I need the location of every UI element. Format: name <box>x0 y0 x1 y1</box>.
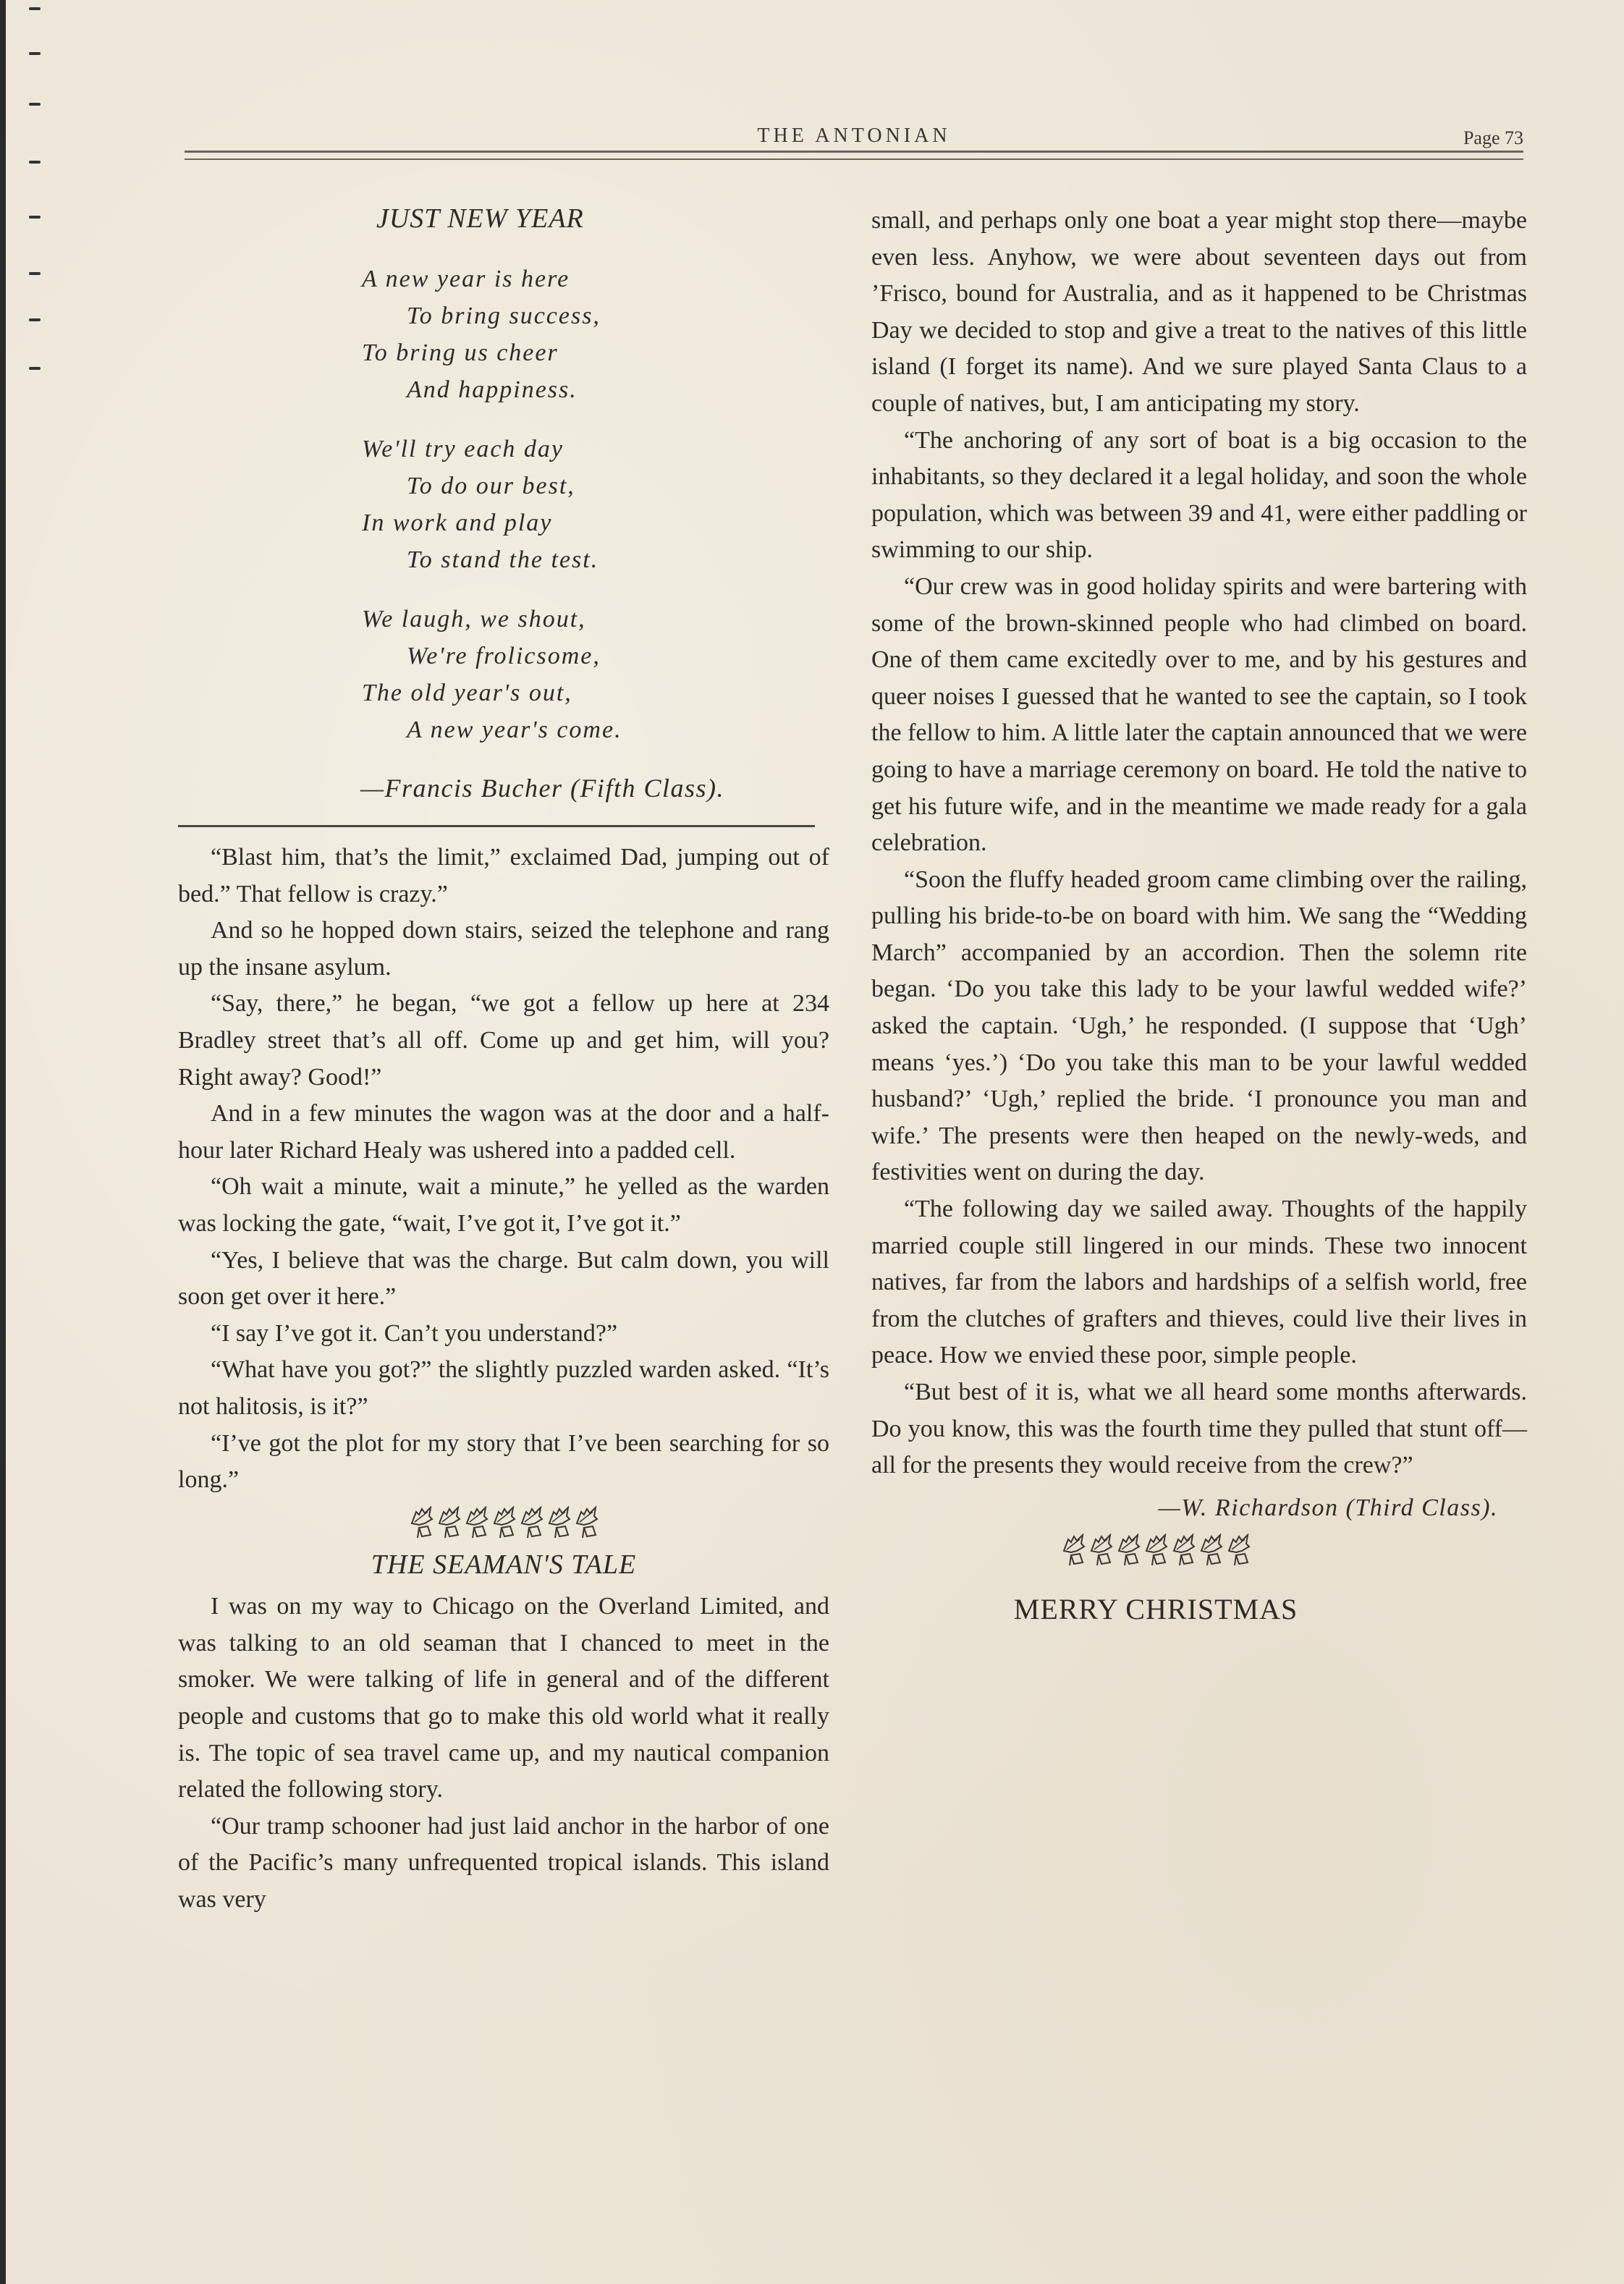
story-paragraph: “I’ve got the plot for my story that I’v… <box>178 1426 829 1499</box>
binding-edge <box>0 0 6 2284</box>
binding-hole-mark <box>29 272 41 275</box>
story-paragraph: And so he hopped down stairs, seized the… <box>178 913 829 986</box>
poem-line: We're frolicsome, <box>362 638 622 674</box>
publication-title: THE ANTONIAN <box>185 124 1523 148</box>
story-paragraph: I was on my way to Chicago on the Overla… <box>178 1589 829 1809</box>
binding-hole-mark <box>29 318 41 321</box>
poem-title: JUST NEW YEAR <box>376 203 584 234</box>
binding-hole-mark <box>29 52 41 55</box>
binding-hole-mark <box>29 161 41 164</box>
holly-leaf-icon <box>436 1506 461 1539</box>
story-attribution: —W. Richardson (Third Class). <box>871 1490 1527 1527</box>
holly-leaf-icon <box>519 1506 544 1539</box>
binding-hole-mark <box>29 216 41 219</box>
holly-leaf-icon <box>574 1506 599 1539</box>
poem-line: The old year's out, <box>362 674 622 711</box>
holly-leaf-icon <box>1143 1534 1168 1567</box>
poem-line: To bring us cheer <box>362 334 622 371</box>
story-paragraph: “Soon the fluffy headed groom came climb… <box>871 862 1527 1191</box>
poem-line: To do our best, <box>362 468 622 504</box>
closing-greeting: MERRY CHRISTMAS <box>871 1591 1527 1628</box>
section-divider <box>178 825 815 827</box>
holly-leaf-icon <box>546 1506 571 1539</box>
binding-hole-mark <box>29 7 41 10</box>
story-paragraph: “Our tramp schooner had just laid anchor… <box>178 1809 829 1919</box>
binding-hole-mark <box>29 367 41 370</box>
holly-leaf-icon <box>1226 1534 1251 1567</box>
header-rule <box>185 151 1523 160</box>
holly-leaf-icon <box>1198 1534 1223 1567</box>
holly-leaf-icon <box>1116 1534 1141 1567</box>
story-paragraph: “Say, there,” he began, “we got a fellow… <box>178 986 829 1096</box>
poem-line: We'll try each day <box>362 431 622 468</box>
story-paragraph-continued: small, and perhaps only one boat a year … <box>871 203 1527 423</box>
holly-leaf-icon <box>491 1506 516 1539</box>
story-paragraph: “What have you got?” the slightly puzzle… <box>178 1352 829 1425</box>
poem-line: A new year is here <box>362 261 622 297</box>
holly-ornament <box>178 1506 829 1542</box>
story-paragraph: “Oh wait a minute, wait a minute,” he ye… <box>178 1169 829 1242</box>
story-paragraph: “Blast him, that’s the limit,” exclaimed… <box>178 839 829 913</box>
story-title: THE SEAMAN'S TALE <box>178 1547 829 1583</box>
poem-line: And happiness. <box>362 371 622 408</box>
holly-leaf-icon <box>464 1506 489 1539</box>
poem-attribution: —Francis Bucher (Fifth Class). <box>360 773 724 803</box>
story-paragraph: “Yes, I believe that was the charge. But… <box>178 1243 829 1316</box>
poem-line: In work and play <box>362 504 622 541</box>
binding-hole-mark <box>29 103 41 106</box>
poem-stanza: We'll try each day To do our best, In wo… <box>362 431 622 578</box>
story-paragraph: “The following day we sailed away. Thoug… <box>871 1191 1527 1374</box>
poem-body: A new year is here To bring success, To … <box>362 261 622 771</box>
poem-stanza: A new year is here To bring success, To … <box>362 261 622 408</box>
page-number: Page 73 <box>1463 127 1523 149</box>
holly-leaf-icon <box>1088 1534 1113 1567</box>
story-paragraph: “The anchoring of any sort of boat is a … <box>871 423 1527 569</box>
holly-ornament <box>871 1534 1527 1570</box>
left-column: “Blast him, that’s the limit,” exclaimed… <box>178 839 829 1919</box>
page-header: THE ANTONIAN Page 73 <box>185 122 1523 156</box>
story-paragraph: “Our crew was in good holiday spirits an… <box>871 569 1527 862</box>
story-paragraph: And in a few minutes the wagon was at th… <box>178 1096 829 1169</box>
story-paragraph: “But best of it is, what we all heard so… <box>871 1374 1527 1484</box>
holly-leaf-icon <box>409 1506 434 1539</box>
poem-line: To stand the test. <box>362 541 622 578</box>
poem-line: To bring success, <box>362 297 622 334</box>
holly-leaf-icon <box>1171 1534 1196 1567</box>
right-column: small, and perhaps only one boat a year … <box>871 203 1527 1628</box>
holly-leaf-icon <box>1061 1534 1086 1567</box>
poem-line: We laugh, we shout, <box>362 601 622 638</box>
story-paragraph: “I say I’ve got it. Can’t you understand… <box>178 1316 829 1353</box>
poem-stanza: We laugh, we shout, We're frolicsome, Th… <box>362 601 622 748</box>
poem-line: A new year's come. <box>362 711 622 748</box>
